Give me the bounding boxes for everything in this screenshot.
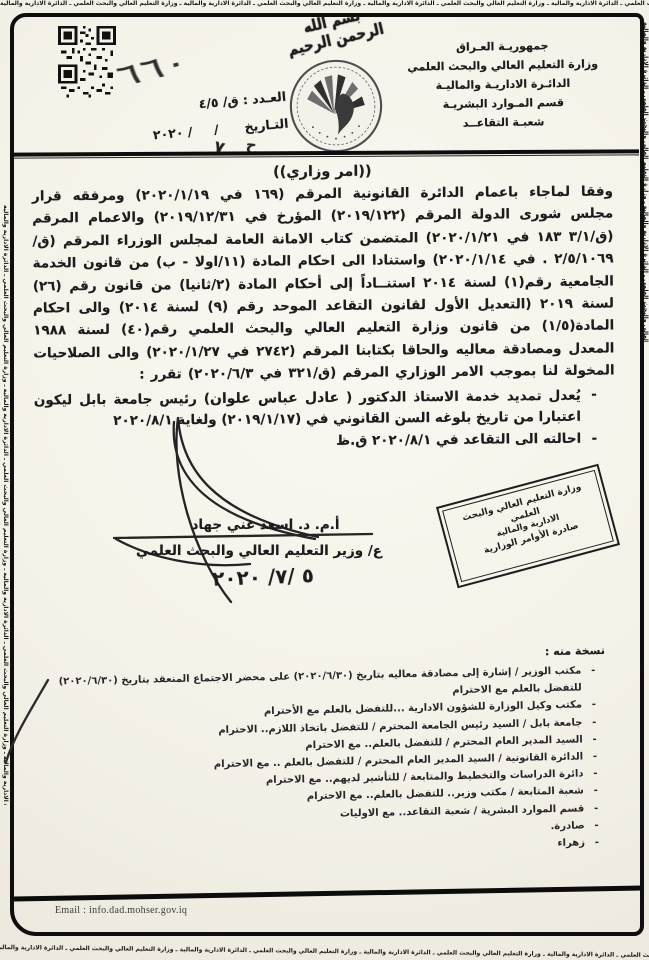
footer-email: Email : info.dad.mohser.gov.iq [55,905,187,916]
bismillah-calligraphy: بسم الله الرحمن الرحيم [279,2,388,60]
footer-divider-rule [14,886,641,901]
decision-prefix: يُعدل تمديد خدمة الاستاذ الدكتور ( [339,387,581,405]
handwritten-check-stroke [2,676,52,766]
decision-person-name: عادل عباس علوان [210,390,339,407]
qr-code-icon [58,26,116,100]
letterhead-ministry: وزارة التعليم العالي والبحث العلمي [393,55,613,78]
edge-microtext-top: وزارة التعليم العالي والبحث العلمي ـ الد… [0,0,649,9]
handwritten-number-scribble: ٦٦٠ [113,44,192,96]
order-paragraph: وفقا لماجاء باعمام الدائرة القانونية الم… [32,180,615,387]
signer-title: ع/ وزير التعليم العالي والبحث العلمي [128,543,390,559]
header-divider-rule [14,149,639,157]
ministry-emblem-icon [288,58,384,154]
document-date-line: التـاريخ / / ٢٠٢٠ [118,116,289,146]
order-title: ((امر وزاري)) [32,161,613,182]
number-date-block: العـدد : ق/ ٤/٥ التـاريخ / / ٢٠٢٠ [116,89,290,158]
edge-microtext-right: وزارة التعليم العالي والبحث العلمي ـ الد… [640,22,649,342]
letterhead-division: شعبـة التقاعــد [394,112,614,135]
document-number-line: العـدد : ق/ ٤/٥ [116,89,287,119]
copies-list: مكتب الوزير / إشارة إلى مصادقة معاليه بت… [26,662,609,863]
scanned-document-page: وزارة التعليم العالي والبحث العلمي ـ الد… [0,0,649,960]
edge-microtext-bottom: وزارة التعليم العالي والبحث العلمي ـ الد… [0,944,649,960]
copy-distribution-section: نسخة منه : مكتب الوزير / إشارة إلى مصادق… [26,644,609,863]
letterhead-ministry-block: جمهوريـة العـراق وزارة التعليم العالي وا… [392,36,614,134]
signer-name: أ.م. د. اسعد غني جهاد [153,517,378,533]
